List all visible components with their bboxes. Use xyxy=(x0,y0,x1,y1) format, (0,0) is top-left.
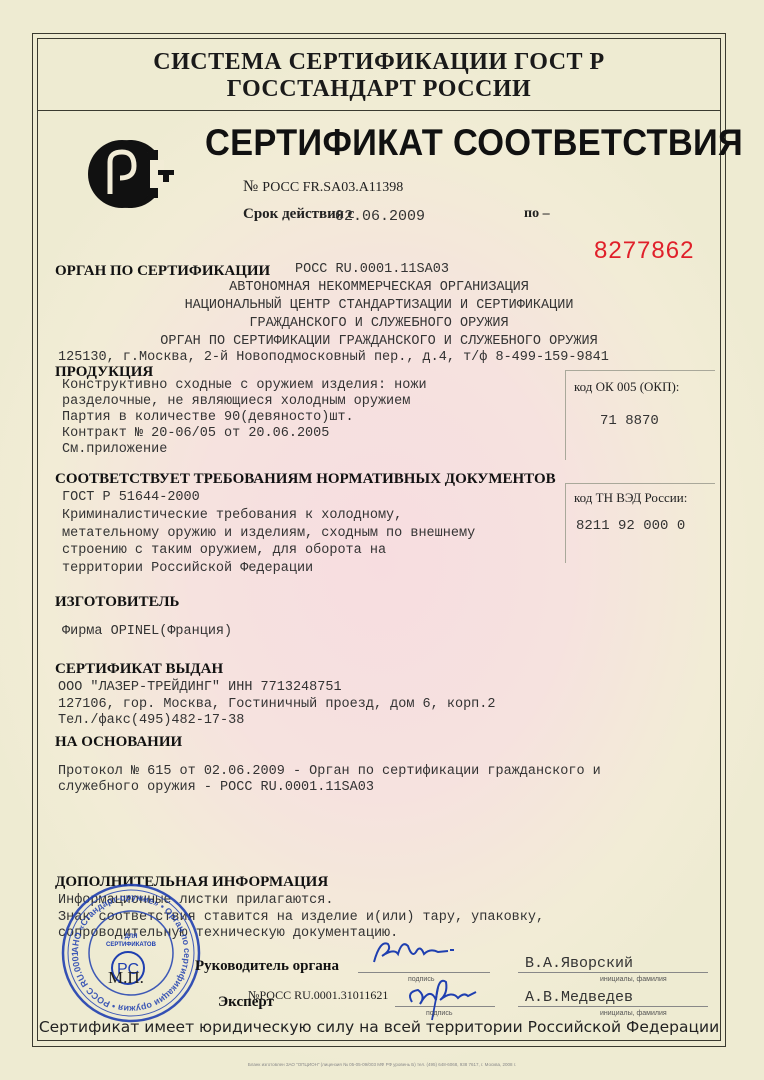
system-title-line2: ГОССТАНДАРТ РОССИИ xyxy=(37,76,721,103)
stamp-place-label: М.П. xyxy=(108,968,144,988)
manufacturer-heading: ИЗГОТОВИТЕЛЬ xyxy=(55,594,179,611)
certification-body-heading: ОРГАН ПО СЕРТИФИКАЦИИ xyxy=(55,263,270,280)
manufacturer-value: Фирма OPINEL(Франция) xyxy=(62,624,232,640)
head-signature-icon xyxy=(368,934,458,970)
compliance-line: Криминалистические требования к холодном… xyxy=(62,508,402,524)
certificate-number: РОСС FR.SA03.A11398 xyxy=(262,180,403,195)
head-label: Руководитель органа xyxy=(195,958,339,975)
compliance-heading: СООТВЕТСТВУЕТ ТРЕБОВАНИЯМ НОРМАТИВНЫХ ДО… xyxy=(55,471,556,488)
svg-text:СЕРТИФИКАТОВ: СЕРТИФИКАТОВ xyxy=(106,942,157,948)
printer-note: Бланк изготовлен ЗАО "ОПЦИОН" (лицензия … xyxy=(0,1062,764,1067)
tnved-code-value: 8211 92 000 0 xyxy=(576,518,685,534)
basis-line: служебного оружия - РОСС RU.0001.11SA03 xyxy=(58,780,374,796)
okp-code-value: 71 8870 xyxy=(600,413,659,429)
expert-name-line xyxy=(518,1006,708,1007)
validity-to: по – xyxy=(524,206,550,222)
issued-to-line: 127106, гор. Москва, Гостиничный проезд,… xyxy=(58,697,495,713)
official-stamp-icon: АНО «Стандарт-оружие» • Орган по сертифи… xyxy=(60,882,202,1024)
expert-name-caption: инициалы, фамилия xyxy=(600,1010,667,1017)
certification-body-line: ОРГАН ПО СЕРТИФИКАЦИИ ГРАЖДАНСКОГО И СЛУ… xyxy=(37,334,721,350)
header-divider xyxy=(37,110,721,111)
issued-to-line: Тел./факс(495)482-17-38 xyxy=(58,713,244,729)
number-sign: № xyxy=(243,178,258,195)
product-line: Контракт № 20-06/05 от 20.06.2005 xyxy=(62,426,329,442)
certification-body-code: РОСС RU.0001.11SA03 xyxy=(295,262,449,278)
compliance-line: ГОСТ Р 51644-2000 xyxy=(62,490,200,506)
product-line: См.приложение xyxy=(62,442,167,458)
validity-to-value: – xyxy=(543,206,550,221)
expert-registration: №РОСС RU.0001.31011621 xyxy=(248,988,388,1003)
certificate-number-row: № РОСС FR.SA03.A11398 xyxy=(243,178,403,196)
product-line: разделочные, не являющиеся холодным оруж… xyxy=(62,394,410,410)
head-name-caption: инициалы, фамилия xyxy=(600,976,667,983)
issued-to-heading: СЕРТИФИКАТ ВЫДАН xyxy=(55,661,223,678)
head-name-line xyxy=(518,972,708,973)
validity-from: 02.06.2009 xyxy=(335,208,425,225)
head-name: В.А.Яворский xyxy=(525,955,633,972)
tnved-code-box: код ТН ВЭД России: 8211 92 000 0 xyxy=(565,483,715,563)
compliance-line: территории Российской Федерации xyxy=(62,561,313,577)
validity-to-label: по xyxy=(524,206,539,221)
certificate-title: СЕРТИФИКАТ СООТВЕТСТВИЯ xyxy=(205,122,743,164)
tnved-code-label: код ТН ВЭД России: xyxy=(574,490,687,506)
expert-signature-caption: подпись xyxy=(426,1010,452,1017)
form-number: 8277862 xyxy=(594,237,694,265)
certification-body-line: НАЦИОНАЛЬНЫЙ ЦЕНТР СТАНДАРТИЗАЦИИ И СЕРТ… xyxy=(37,298,721,314)
basis-line: Протокол № 615 от 02.06.2009 - Орган по … xyxy=(58,764,601,780)
okp-code-box: код ОК 005 (ОКП): 71 8870 xyxy=(565,370,715,460)
svg-text:ДЛЯ: ДЛЯ xyxy=(125,934,138,940)
rst-mark-icon xyxy=(86,138,182,210)
system-title-line1: СИСТЕМА СЕРТИФИКАЦИИ ГОСТ Р xyxy=(37,49,721,76)
issued-to-line: ООО "ЛАЗЕР-ТРЕЙДИНГ" ИНН 7713248751 xyxy=(58,680,342,696)
product-line: Конструктивно сходные с оружием изделия:… xyxy=(62,378,427,394)
compliance-line: строению с таким оружием, для оборота на xyxy=(62,543,386,559)
okp-code-label: код ОК 005 (ОКП): xyxy=(574,379,679,395)
validity-note: Сертификат имеет юридическую силу на все… xyxy=(37,1018,721,1036)
compliance-line: метательному оружию и изделиям, сходным … xyxy=(62,526,475,542)
basis-heading: НА ОСНОВАНИИ xyxy=(55,734,182,751)
expert-name: А.В.Медведев xyxy=(525,989,633,1006)
certification-body-line: ГРАЖДАНСКОГО И СЛУЖЕБНОГО ОРУЖИЯ xyxy=(37,316,721,332)
product-line: Партия в количестве 90(девяносто)шт. xyxy=(62,410,354,426)
certification-body-line: АВТОНОМНАЯ НЕКОММЕРЧЕСКАЯ ОРГАНИЗАЦИЯ xyxy=(37,280,721,296)
